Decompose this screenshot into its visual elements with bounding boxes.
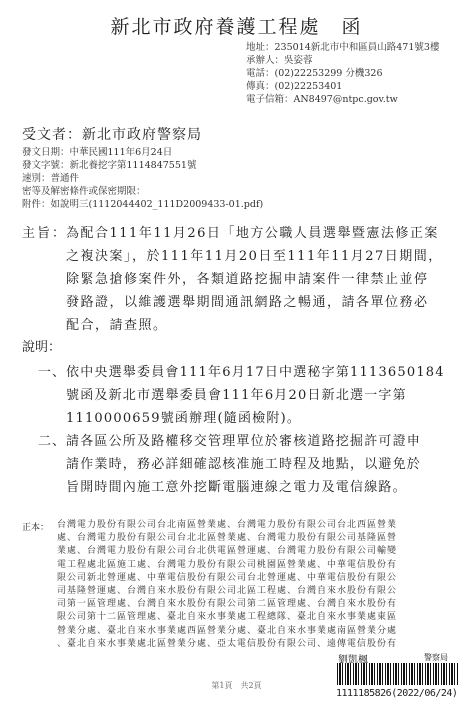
- copies-line: 台灣電力股份有限公司台北南區營業處、台灣電力股份有限公司台北西區營業: [57, 519, 397, 532]
- copies-line: 處、台灣電力股份有限公司台北北區營業處、台灣電力股份有限公司基隆區營: [57, 532, 397, 545]
- item-number: 二、: [38, 430, 66, 449]
- handler: 承辦人：吳姿蓉: [246, 54, 439, 67]
- item-line: 旨開時間內施工意外挖斷電腦連線之電力及電信線路。: [66, 476, 421, 499]
- subject-label: 主旨：: [22, 222, 67, 241]
- copies-line: 電工程處北區施工處、台灣電力股份有限公司桃園區營業處、中華電信股份有: [57, 559, 397, 572]
- issue-date: 發文日期：中華民國111年6月24日: [22, 146, 263, 159]
- confidentiality: 密等及解密條件或保密期限：: [22, 185, 263, 198]
- copies-line: 、臺北自來水事業處北區營業分處、亞太電信股份有限公司、遠傳電信股份有: [57, 638, 397, 651]
- recipient: 受文者：新北市政府警察局: [22, 124, 202, 144]
- copies-line: 營業分處、臺北自來水事業處西區營業分處、臺北自來水事業處南區營業分處: [57, 625, 397, 638]
- copies-label: 正本：: [22, 520, 49, 533]
- subject-line: 之複決案」，於111年11月20日至111年11月27日期間，: [66, 245, 436, 268]
- address: 地址：235014新北市中和區員山路471號3樓: [246, 41, 439, 54]
- item-line: 請各區公所及路權移交管理單位於審核道路挖掘許可證申: [66, 430, 421, 453]
- attachment: 附件：如說明三(1112044402_111D2009433-01.pdf): [22, 198, 263, 211]
- email: 電子信箱：AN8497@ntpc.gov.tw: [246, 93, 439, 106]
- copies-line: 限公司第十二區管理處、臺北自來水事業處工程總隊、臺北自來水事業處東區: [57, 611, 397, 624]
- explanation-item: 依中央選舉委員會111年6月17日中選秘字第1113650184 號函及新北市選…: [66, 361, 445, 430]
- item-line: 號函及新北市選舉委員會111年6月20日新北選一字第: [66, 384, 445, 407]
- item-line: 1110000659號函辦理(隨函檢附)。: [66, 407, 445, 430]
- subject-line: 除緊急搶修案件外，各類道路挖掘申請案件一律禁止並停: [66, 268, 436, 291]
- item-number: 一、: [38, 361, 66, 380]
- copies-line: 司基隆營運處、台灣自來水股份有限公司北區工程處、台灣自來水股份有限公: [57, 585, 397, 598]
- page-number: 第1頁 共2頁: [0, 680, 473, 691]
- subject-line: 發路證，以維護選舉期間通訊網路之暢通，請各單位務必: [66, 291, 436, 314]
- fax: 傳真：(02)22253401: [246, 80, 439, 93]
- item-line: 依中央選舉委員會111年6月17日中選秘字第1113650184: [66, 361, 445, 384]
- stamp-org: 警察局: [424, 652, 448, 663]
- phone: 電話：(02)22253299 分機326: [246, 67, 439, 80]
- copies-line: 業處、台灣電力股份有限公司台北供電區營運處、台灣電力股份有限公司輸變: [57, 545, 397, 558]
- copies-line: 司第一區管理處、台灣自來水股份有限公司第二區管理處、台灣自來水股份有: [57, 598, 397, 611]
- document-title: 新北市政府養護工程處 函: [0, 12, 473, 39]
- meta-block: 發文日期：中華民國111年6月24日 發文字號：新北養挖字第1114847551…: [22, 146, 263, 211]
- contact-block: 地址：235014新北市中和區員山路471號3樓 承辦人：吳姿蓉 電話：(02)…: [246, 41, 439, 106]
- item-line: 請作業時，務必詳細確認核准施工時程及地點，以避免於: [66, 453, 421, 476]
- copies-line: 限公司新北營運處、中華電信股份有限公司台北營運處、中華電信股份有限公: [57, 572, 397, 585]
- speed-class: 速別：普通件: [22, 172, 263, 185]
- explanation-label: 說明：: [22, 336, 61, 355]
- copies-list: 台灣電力股份有限公司台北南區營業處、台灣電力股份有限公司台北西區營業 處、台灣電…: [57, 519, 397, 651]
- subject-line: 為配合111年11月26日「地方公職人員選舉暨憲法修正案: [66, 222, 436, 245]
- subject-line: 配合，請查照。: [66, 314, 436, 337]
- explanation-item: 請各區公所及路權移交管理單位於審核道路挖掘許可證申 請作業時，務必詳細確認核准施…: [66, 430, 421, 499]
- subject-body: 為配合111年11月26日「地方公職人員選舉暨憲法修正案 之複決案」，於111年…: [66, 222, 436, 337]
- doc-number: 發文字號：新北養挖字第1114847551號: [22, 159, 263, 172]
